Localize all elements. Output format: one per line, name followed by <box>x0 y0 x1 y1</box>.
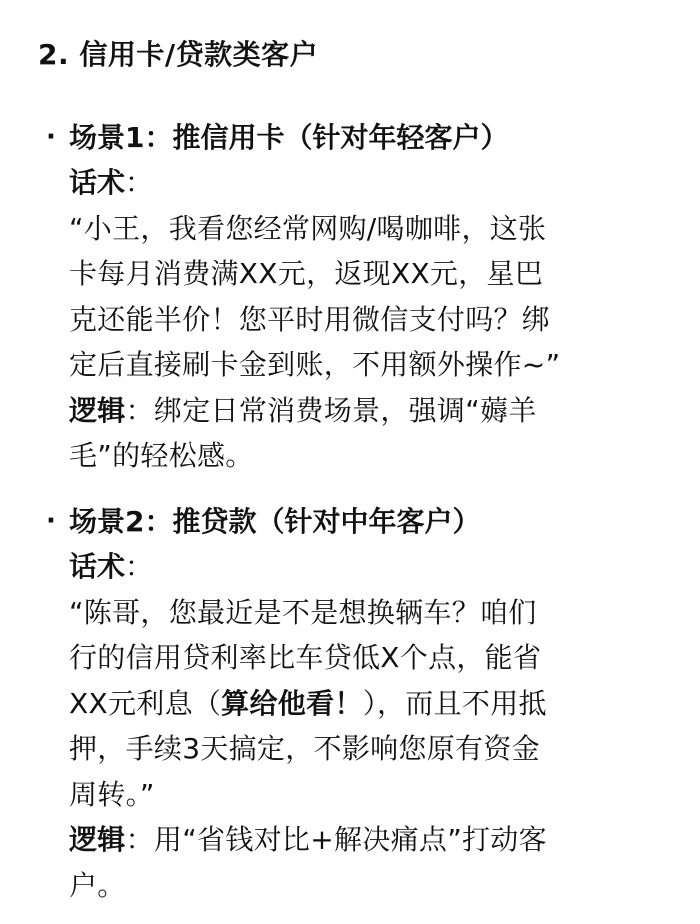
script-colon: ： <box>125 166 153 199</box>
script-line: XX元利息（算给他看！），而且不用抵 <box>0 681 700 727</box>
bullet-icon: · <box>46 499 56 544</box>
scenario-2: · 场景2：推贷款（针对中年客户） 话术： “陈哥，您最近是不是想换辆车？咱们 … <box>0 499 700 908</box>
script-line: 周转。” <box>0 772 700 818</box>
script-text: ），而且不用抵 <box>363 687 547 720</box>
logic-label: 逻辑 <box>69 823 126 856</box>
scenario-1-heading: 场景1：推信用卡（针对年轻客户） <box>69 115 508 160</box>
script-label: 话术 <box>69 550 125 583</box>
script-label: 话术 <box>69 166 125 199</box>
logic-text: 绑定日常消费场景，强调“薅羊 <box>154 394 537 427</box>
logic-colon: ： <box>126 823 154 856</box>
scenario-1: · 场景1：推信用卡（针对年轻客户） 话术： “小王，我看您经常网购/喝咖啡，这… <box>0 115 700 479</box>
script-line: “小王，我看您经常网购/喝咖啡，这张 <box>0 206 700 252</box>
logic-line: 户。 <box>0 863 700 909</box>
script-line: “陈哥，您最近是不是想换辆车？咱们 <box>0 590 700 636</box>
scenario-2-heading: 场景2：推贷款（针对中年客户） <box>69 499 480 544</box>
script-line: 行的信用贷利率比车贷低X个点，能省 <box>0 635 700 681</box>
logic-line: 毛”的轻松感。 <box>0 433 700 479</box>
script-colon: ： <box>125 550 153 583</box>
logic-row: 逻辑：用“省钱对比+解决痛点”打动客 <box>0 817 700 863</box>
emphasis-text: 算给他看！ <box>221 687 363 720</box>
logic-colon: ： <box>126 394 154 427</box>
logic-row: 逻辑：绑定日常消费场景，强调“薅羊 <box>0 388 700 434</box>
script-text: XX元利息（ <box>69 687 221 720</box>
logic-text: 用“省钱对比+解决痛点”打动客 <box>154 823 547 856</box>
scenario-1-heading-row: · 场景1：推信用卡（针对年轻客户） <box>0 115 700 160</box>
script-line: 定后直接刷卡金到账，不用额外操作~” <box>0 342 700 388</box>
script-line: 卡每月消费满XX元，返现XX元，星巴 <box>0 251 700 297</box>
script-line: 克还能半价！您平时用微信支付吗？绑 <box>0 297 700 343</box>
script-label-row: 话术： <box>0 160 700 206</box>
bullet-icon: · <box>46 115 56 160</box>
logic-label: 逻辑 <box>69 394 126 427</box>
section-title: 2. 信用卡/贷款类客户 <box>38 33 318 77</box>
scenario-2-heading-row: · 场景2：推贷款（针对中年客户） <box>0 499 700 544</box>
script-line: 押，手续3天搞定，不影响您原有资金 <box>0 726 700 772</box>
script-label-row: 话术： <box>0 544 700 590</box>
